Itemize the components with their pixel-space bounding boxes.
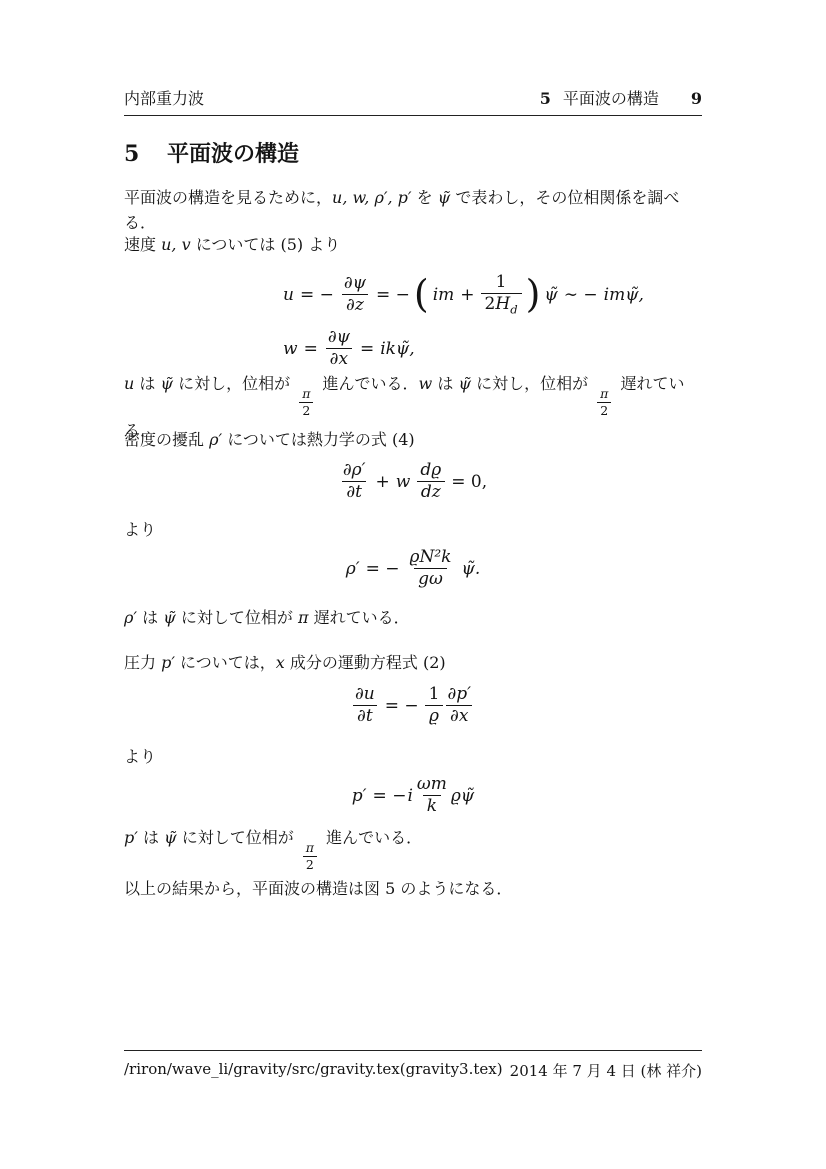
numerator: π bbox=[303, 840, 317, 856]
text: より bbox=[124, 520, 156, 539]
equation-u-w: u = − ∂ψ ∂z = − ( im + 1 2Hd ) ψ̃ ∼ − im… bbox=[280, 272, 647, 381]
math-u: u bbox=[283, 285, 294, 305]
math-eq-zero: = 0, bbox=[451, 472, 487, 492]
page-footer: /riron/wave_li/gravity/src/gravity.tex(g… bbox=[124, 1050, 702, 1081]
text: は bbox=[134, 374, 160, 393]
numerator: ∂ρ′ bbox=[339, 460, 370, 481]
document-page: 内部重力波 5 平面波の構造 9 5 平面波の構造 平面波の構造を見るために，u… bbox=[0, 0, 826, 1169]
fraction-omegam-k: ωm k bbox=[413, 774, 451, 818]
header-page-number: 9 bbox=[691, 89, 702, 108]
fraction-rhoN2k-gomega: ϱN²k gω bbox=[406, 547, 456, 591]
text: については (5) より bbox=[191, 235, 341, 254]
fraction-dp-dx: ∂p′ ∂x bbox=[443, 684, 475, 728]
numerator: ∂u bbox=[351, 684, 379, 705]
text: 以上の結果から，平面波の構造は図 5 のようになる． bbox=[124, 879, 512, 898]
numerator: ∂ψ bbox=[340, 273, 370, 294]
numerator: ωm bbox=[413, 774, 451, 795]
math-op: = − bbox=[385, 696, 419, 716]
math-op: = − bbox=[300, 285, 334, 305]
paragraph-density: 密度の擾乱 ρ′ については熱力学の式 (4) bbox=[124, 428, 702, 453]
text: 平面波の構造を見るために， bbox=[124, 188, 332, 207]
paragraph-phase-p: p′ は ψ̃ に対して位相が π2 進んでいる． bbox=[124, 826, 702, 873]
header-section-ref: 5 平面波の構造 9 bbox=[540, 86, 702, 109]
denominator: 2 bbox=[597, 402, 611, 419]
math-w: w bbox=[419, 374, 433, 393]
right-paren: ) bbox=[526, 278, 541, 310]
paragraph-pressure: 圧力 p′ については，x 成分の運動方程式 (2) bbox=[124, 651, 702, 676]
math-psi-tilde: ψ̃ bbox=[544, 285, 557, 305]
text: に対して位相が bbox=[176, 608, 298, 627]
text: については， bbox=[175, 653, 276, 672]
denominator: 2 bbox=[299, 402, 313, 419]
math-p-prime: p′ bbox=[124, 828, 138, 847]
numerator: ∂p′ bbox=[443, 684, 475, 705]
section-heading: 5 平面波の構造 bbox=[124, 137, 702, 168]
denominator: ∂x bbox=[326, 348, 352, 370]
denominator: ∂t bbox=[342, 481, 366, 503]
math-vars: u, w, ρ′, p′ bbox=[332, 188, 412, 207]
denominator: ∂z bbox=[342, 294, 368, 316]
numerator: 1 bbox=[425, 684, 444, 705]
math-rho-prime: ρ′ bbox=[209, 430, 222, 449]
text: は bbox=[137, 608, 163, 627]
paragraph-intro: 平面波の構造を見るために，u, w, ρ′, p′ を ψ̃ で表わし，その位相… bbox=[124, 186, 702, 236]
paragraph-phase-rho: ρ′ は ψ̃ に対して位相が π 遅れている． bbox=[124, 606, 702, 631]
denominator: ∂t bbox=[353, 705, 377, 727]
equation-thermo: ∂ρ′ ∂t + w dϱ dz = 0, bbox=[124, 460, 702, 504]
math-H: H bbox=[495, 294, 510, 314]
math-op: = − bbox=[373, 786, 407, 806]
fraction-dpsi-dx: ∂ψ ∂x bbox=[324, 327, 354, 371]
text: については熱力学の式 (4) bbox=[222, 430, 415, 449]
text: は bbox=[138, 828, 164, 847]
text: は bbox=[432, 374, 458, 393]
math-rho-prime: ρ′ bbox=[346, 559, 360, 579]
denominator: dz bbox=[417, 481, 445, 503]
math-x: x bbox=[276, 653, 285, 672]
denominator: ∂x bbox=[446, 705, 472, 727]
math-im: im bbox=[433, 285, 455, 305]
equation-u: u = − ∂ψ ∂z = − ( im + 1 2Hd ) ψ̃ ∼ − im… bbox=[280, 272, 647, 317]
header-section-number: 5 bbox=[540, 89, 551, 108]
text: を bbox=[412, 188, 438, 207]
numerator: π bbox=[597, 386, 611, 402]
fraction-pi-2: π2 bbox=[303, 840, 317, 872]
text: 進んでいる． bbox=[321, 828, 422, 847]
header-section-title: 平面波の構造 bbox=[563, 86, 659, 109]
math-impsi: imψ̃, bbox=[604, 285, 644, 305]
fraction-1-2Hd: 1 2Hd bbox=[481, 272, 522, 317]
section-title: 平面波の構造 bbox=[167, 142, 299, 167]
equation-p: p′ = − i ωm k ϱψ̃ bbox=[124, 774, 702, 818]
text: 圧力 bbox=[124, 653, 161, 672]
math-psi-tilde: ψ̃ bbox=[161, 374, 174, 393]
denominator: 2 bbox=[303, 856, 317, 873]
fraction-pi-2: π2 bbox=[597, 386, 611, 418]
math-u: u bbox=[124, 374, 134, 393]
left-paren: ( bbox=[414, 278, 429, 310]
numerator: 1 bbox=[492, 272, 511, 293]
numerator: ∂ψ bbox=[324, 327, 354, 348]
math-rhopsi: ϱψ̃ bbox=[451, 786, 474, 806]
text: より bbox=[124, 747, 156, 766]
math-op: = bbox=[360, 339, 374, 359]
numerator: dϱ bbox=[416, 460, 445, 481]
math-vars: u, v bbox=[161, 235, 191, 254]
math-op: = − bbox=[366, 559, 400, 579]
denominator: 2Hd bbox=[481, 293, 522, 317]
equation-motion: ∂u ∂t = − 1 ϱ ∂p′ ∂x bbox=[124, 684, 702, 728]
paragraph-velocity: 速度 u, v については (5) より bbox=[124, 233, 702, 258]
math-psi-tilde: ψ̃ bbox=[164, 828, 177, 847]
fraction-pi-2: π2 bbox=[299, 386, 313, 418]
equation-rho: ρ′ = − ϱN²k gω ψ̃. bbox=[124, 547, 702, 591]
text: に対し，位相が bbox=[471, 374, 593, 393]
math-psi-tilde: ψ̃ bbox=[438, 188, 451, 207]
text: 速度 bbox=[124, 235, 161, 254]
math-op: = bbox=[304, 339, 318, 359]
footer-file-path: /riron/wave_li/gravity/src/gravity.tex(g… bbox=[124, 1060, 503, 1081]
numerator: ϱN²k bbox=[406, 547, 456, 568]
text: に対して位相が bbox=[177, 828, 299, 847]
paragraph-yori: より bbox=[124, 518, 702, 543]
text: 成分の運動方程式 (2) bbox=[285, 653, 446, 672]
denominator: k bbox=[423, 795, 441, 817]
running-header: 内部重力波 5 平面波の構造 9 bbox=[124, 86, 702, 116]
text: 遅れている． bbox=[308, 608, 409, 627]
numerator: π bbox=[299, 386, 313, 402]
denominator: gω bbox=[414, 568, 447, 590]
math-op: = − bbox=[376, 285, 410, 305]
math-p-prime: p′ bbox=[352, 786, 367, 806]
paragraph-yori: より bbox=[124, 745, 702, 770]
math-w: w bbox=[283, 339, 298, 359]
header-doc-title: 内部重力波 bbox=[124, 86, 204, 109]
math-pi: π bbox=[298, 608, 309, 627]
text: 密度の擾乱 bbox=[124, 430, 209, 449]
math-op: + bbox=[460, 285, 474, 305]
text: に対し，位相が bbox=[173, 374, 295, 393]
math-sim: ∼ − bbox=[564, 285, 598, 305]
math-ikpsi: ikψ̃, bbox=[380, 339, 414, 359]
text: 進んでいる． bbox=[317, 374, 418, 393]
fraction-drho0-dz: dϱ dz bbox=[416, 460, 445, 504]
paragraph-conclusion: 以上の結果から，平面波の構造は図 5 のようになる． bbox=[124, 877, 702, 902]
coeff: 2 bbox=[485, 294, 496, 314]
section-number: 5 bbox=[124, 141, 139, 167]
fraction-drho-dt: ∂ρ′ ∂t bbox=[339, 460, 370, 504]
footer-date-author: 2014 年 7 月 4 日 (林 祥介) bbox=[510, 1060, 702, 1081]
math-psi-tilde: ψ̃. bbox=[462, 559, 481, 579]
math-psi-tilde: ψ̃ bbox=[163, 608, 176, 627]
denominator: ϱ bbox=[425, 705, 443, 727]
subscript-d: d bbox=[510, 303, 517, 317]
fraction-du-dt: ∂u ∂t bbox=[351, 684, 379, 728]
math-op: + bbox=[376, 472, 390, 492]
math-p-prime: p′ bbox=[161, 653, 175, 672]
math-w: w bbox=[396, 472, 411, 492]
equation-w: w = ∂ψ ∂x = ikψ̃, bbox=[280, 327, 647, 371]
math-rho-prime: ρ′ bbox=[124, 608, 137, 627]
math-psi-tilde: ψ̃ bbox=[458, 374, 471, 393]
fraction-1-rho: 1 ϱ bbox=[425, 684, 444, 728]
fraction-dpsi-dz: ∂ψ ∂z bbox=[340, 273, 370, 317]
